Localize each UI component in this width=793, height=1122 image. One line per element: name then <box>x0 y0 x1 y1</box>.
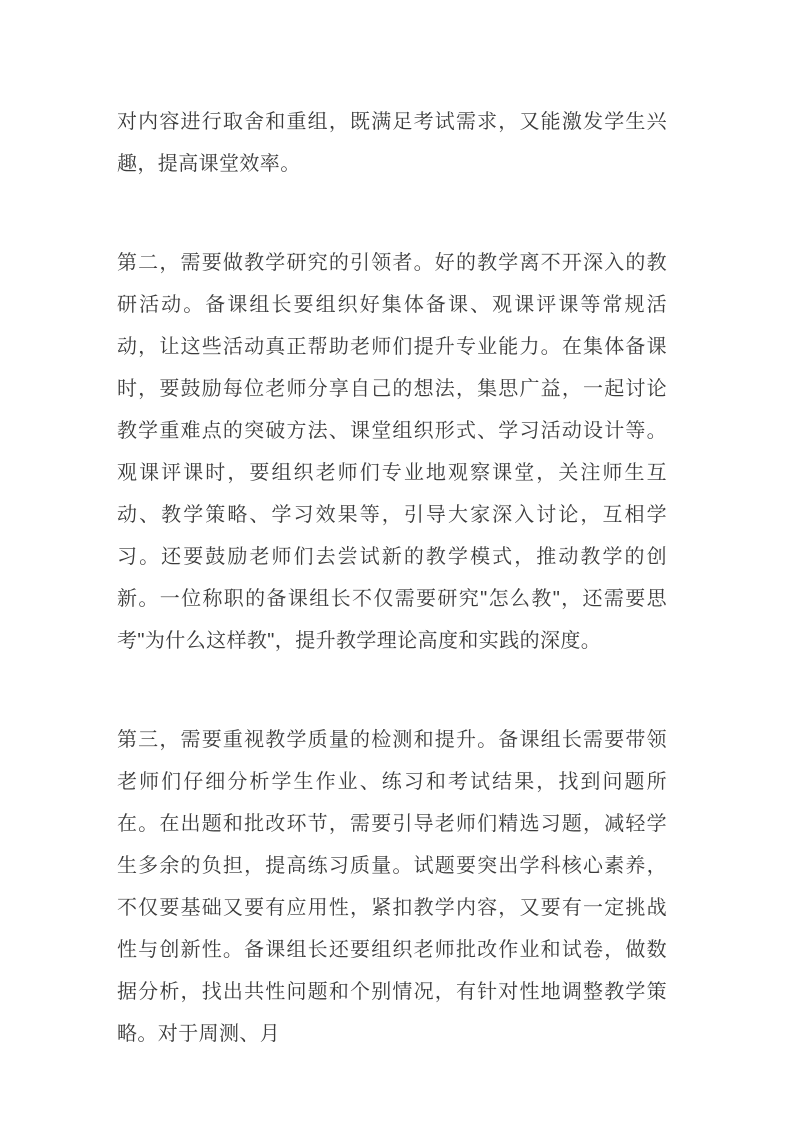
paragraph: 对内容进行取舍和重组，既满足考试需求，又能激发学生兴趣，提高课堂效率。 <box>117 101 667 185</box>
paragraph: 第三，需要重视教学质量的检测和提升。备课组长需要带领老师们仔细分析学生作业、练习… <box>117 719 667 1055</box>
article-body: 对内容进行取舍和重组，既满足考试需求，又能激发学生兴趣，提高课堂效率。 第二，需… <box>117 101 667 1055</box>
paragraph: 第二，需要做教学研究的引领者。好的教学离不开深入的教研活动。备课组长要组织好集体… <box>117 242 667 662</box>
document-page: 对内容进行取舍和重组，既满足考试需求，又能激发学生兴趣，提高课堂效率。 第二，需… <box>0 0 793 1122</box>
